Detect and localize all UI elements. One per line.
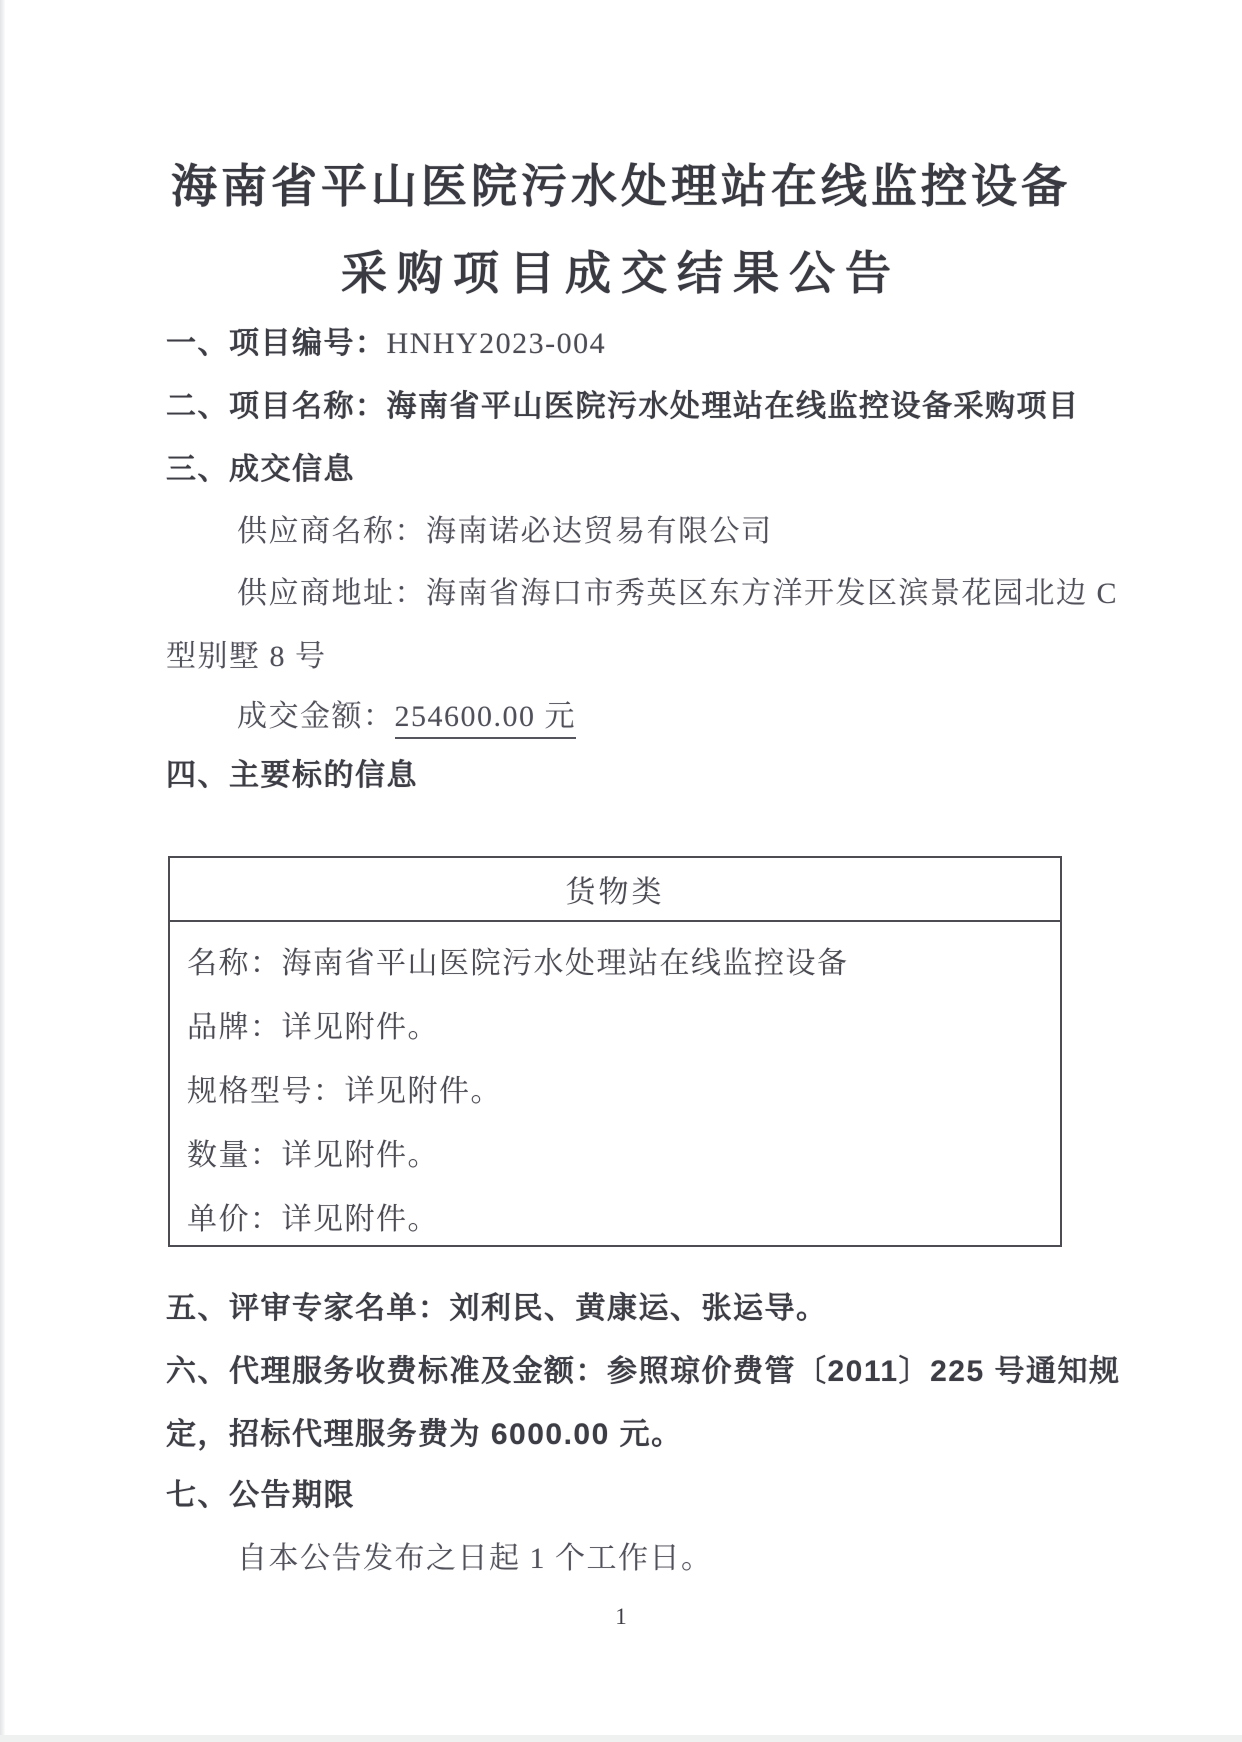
project-number-value: HNHY2023-004 xyxy=(387,327,607,360)
award-amount-line: 成交金额：254600.00 元 xyxy=(237,691,576,735)
agency-fee-line-2: 定，招标代理服务费为 6000.00 元。 xyxy=(166,1409,683,1453)
subject-info-table: 货物类 名称：海南省平山医院污水处理站在线监控设备 品牌：详见附件。 规格型号：… xyxy=(168,856,1062,1247)
document-title-line-1: 海南省平山医院污水处理站在线监控设备 xyxy=(0,150,1242,216)
table-row-unit-price: 单价：详见附件。 xyxy=(187,1184,1060,1248)
supplier-name-label: 供应商名称： xyxy=(237,515,426,548)
table-row-quantity: 数量：详见附件。 xyxy=(187,1120,1060,1184)
page-number: 1 xyxy=(0,1604,1242,1630)
supplier-address-continuation: 型别墅 8 号 xyxy=(166,631,327,675)
table-row-spec-model: 规格型号：详见附件。 xyxy=(187,1056,1060,1120)
project-name-value: 海南省平山医院污水处理站在线监控设备采购项目 xyxy=(387,390,1080,423)
table-body: 名称：海南省平山医院污水处理站在线监控设备 品牌：详见附件。 规格型号：详见附件… xyxy=(170,922,1060,1248)
award-amount-label: 成交金额： xyxy=(237,700,395,733)
supplier-name-line: 供应商名称：海南诺必达贸易有限公司 xyxy=(237,506,773,550)
notice-period-heading: 七、公告期限 xyxy=(166,1470,355,1514)
project-number-line: 一、项目编号：HNHY2023-004 xyxy=(166,318,606,362)
project-number-label: 一、项目编号： xyxy=(166,327,387,360)
table-row-name: 名称：海南省平山医院污水处理站在线监控设备 xyxy=(187,928,1060,992)
notice-period-text: 自本公告发布之日起 1 个工作日。 xyxy=(237,1533,713,1577)
project-name-line: 二、项目名称：海南省平山医院污水处理站在线监控设备采购项目 xyxy=(166,381,1080,425)
award-amount-value: 254600.00 元 xyxy=(395,700,577,739)
document-page: 海南省平山医院污水处理站在线监控设备 采购项目成交结果公告 一、项目编号：HNH… xyxy=(0,0,1242,1742)
scan-edge-bottom xyxy=(0,1735,1242,1742)
project-name-label: 二、项目名称： xyxy=(166,390,387,423)
subject-info-heading: 四、主要标的信息 xyxy=(166,750,418,794)
experts-line: 五、评审专家名单：刘利民、黄康运、张运导。 xyxy=(166,1283,828,1327)
supplier-name-value: 海南诺必达贸易有限公司 xyxy=(426,515,773,548)
document-title-line-2: 采购项目成交结果公告 xyxy=(0,237,1242,303)
supplier-address-line: 供应商地址：海南省海口市秀英区东方洋开发区滨景花园北边 C xyxy=(237,568,1118,612)
table-header-goods-category: 货物类 xyxy=(170,858,1060,922)
agency-fee-line-1: 六、代理服务收费标准及金额：参照琼价费管〔2011〕225 号通知规 xyxy=(166,1346,1120,1390)
award-info-heading: 三、成交信息 xyxy=(166,444,355,488)
table-row-brand: 品牌：详见附件。 xyxy=(187,992,1060,1056)
supplier-address-label: 供应商地址： xyxy=(237,577,426,610)
supplier-address-value: 海南省海口市秀英区东方洋开发区滨景花园北边 C xyxy=(426,577,1118,610)
